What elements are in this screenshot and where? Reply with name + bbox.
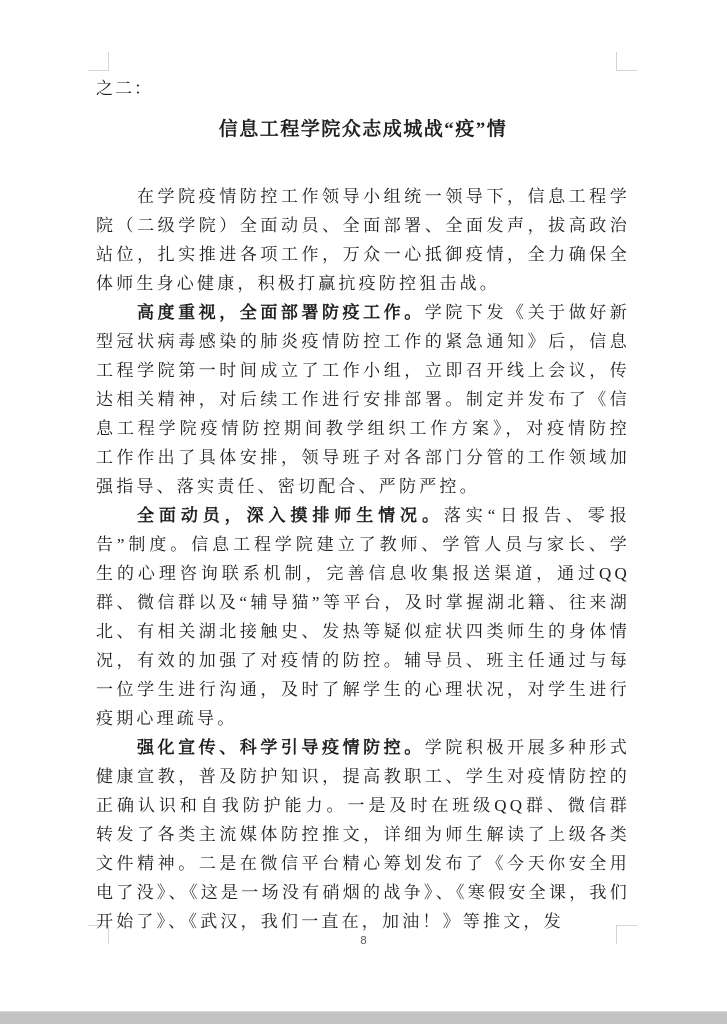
document-body: 在学院疫情防控工作领导小组统一领导下，信息工程学院（二级学院）全面动员、全面部署… xyxy=(96,182,630,936)
paragraph-2: 高度重视，全面部署防疫工作。学院下发《关于做好新型冠状病毒感染的肺炎疫情防控工作… xyxy=(96,298,630,501)
paragraph-4-lead: 强化宣传、科学引导疫情防控。 xyxy=(137,738,425,757)
paragraph-3-lead: 全面动员，深入摸排师生情况。 xyxy=(137,506,444,525)
margin-mark-top-right xyxy=(616,52,637,71)
paragraph-2-text: 学院下发《关于做好新型冠状病毒感染的肺炎疫情防控工作的紧急通知》后，信息工程学院… xyxy=(96,303,630,496)
document-title: 信息工程学院众志成城战“疫”情 xyxy=(96,116,630,144)
section-label: 之二： xyxy=(96,78,630,100)
paragraph-2-lead: 高度重视，全面部署防疫工作。 xyxy=(137,303,425,322)
canvas-background-strip xyxy=(0,1011,727,1024)
paragraph-1-text: 在学院疫情防控工作领导小组统一领导下，信息工程学院（二级学院）全面动员、全面部署… xyxy=(96,187,630,293)
paragraph-3: 全面动员，深入摸排师生情况。落实“日报告、零报告”制度。信息工程学院建立了教师、… xyxy=(96,501,630,733)
paragraph-1: 在学院疫情防控工作领导小组统一领导下，信息工程学院（二级学院）全面动员、全面部署… xyxy=(96,182,630,298)
page-number: 8 xyxy=(0,934,727,947)
page-content: 之二： 信息工程学院众志成城战“疫”情 在学院疫情防控工作领导小组统一领导下，信… xyxy=(96,78,630,936)
document-canvas: 之二： 信息工程学院众志成城战“疫”情 在学院疫情防控工作领导小组统一领导下，信… xyxy=(0,0,727,1024)
document-page: 之二： 信息工程学院众志成城战“疫”情 在学院疫情防控工作领导小组统一领导下，信… xyxy=(0,0,727,1012)
paragraph-4-text: 学院积极开展多种形式健康宣教，普及防护知识，提高教职工、学生对疫情防控的正确认识… xyxy=(96,738,630,931)
margin-mark-top-left xyxy=(88,52,109,71)
paragraph-3-text: 落实“日报告、零报告”制度。信息工程学院建立了教师、学管人员与家长、学生的心理咨… xyxy=(96,506,630,728)
paragraph-4: 强化宣传、科学引导疫情防控。学院积极开展多种形式健康宣教，普及防护知识，提高教职… xyxy=(96,733,630,936)
